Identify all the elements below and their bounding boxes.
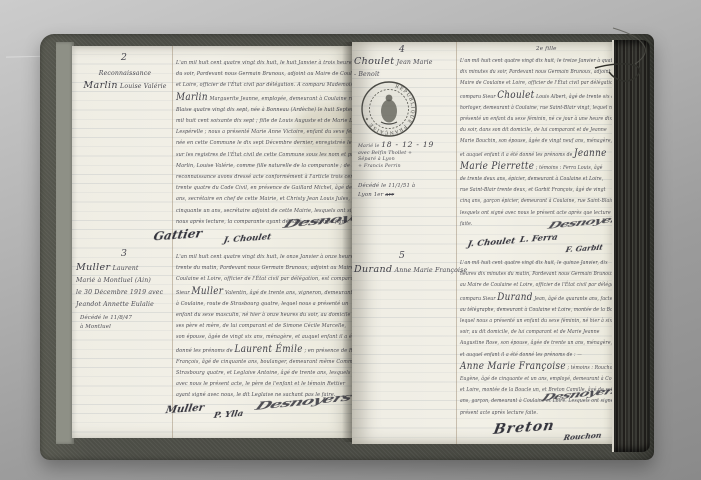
corner-note: 2e fille — [536, 46, 557, 52]
scan-background: 2 ReconnaissanceMarlin Louise Valérie L'… — [0, 0, 701, 480]
signature: F. Garbit — [565, 243, 604, 255]
signature: Muller — [165, 403, 205, 417]
signature: J. Choulet — [467, 236, 516, 249]
entry-3-body: L'an mil huit cent quatre vingt dix huit… — [176, 252, 348, 402]
signature: P. Ylla — [213, 409, 244, 421]
entry-2-margin: ReconnaissanceMarlin Louise Valérie — [76, 68, 174, 93]
signature: J. Choulet — [223, 232, 272, 245]
entry-3-death-note: Décédé le 11/8/47à Montluel — [80, 314, 174, 331]
entry-5-number: 5 — [356, 250, 448, 261]
signature: L. Ferra — [519, 233, 559, 246]
signature: Rouchon — [563, 431, 602, 443]
entry-4-number: 4 — [356, 44, 448, 55]
entry-4-margin: Choulet Jean Marie- Benoît — [354, 56, 456, 81]
entry-3-margin: Muller LaurentMarié à Montluel (Ain)le 3… — [76, 262, 174, 311]
left-page: 2 ReconnaissanceMarlin Louise Valérie L'… — [72, 46, 352, 438]
republique-francaise-stamp: RÉPUBLIQUE FRANÇAISE ✦ — [360, 80, 418, 138]
entry-2-number: 2 — [78, 52, 170, 63]
signature: Gattier — [152, 226, 203, 243]
entry-5-margin: Durand Anne Marie Françoise — [354, 264, 458, 277]
entry-4-marriage-note: Marié le 18 - 12 - 19avec Belfin Thollet… — [358, 142, 456, 170]
register-book: 2 ReconnaissanceMarlin Louise Valérie L'… — [40, 34, 654, 460]
entry-4-death-note: Décédé le 11/1/51 àLyon 1er arr — [358, 182, 456, 199]
right-page: 2e fille 4 Choulet Jean Marie- Benoît RÉ… — [352, 42, 614, 444]
wire-artifact — [575, 22, 690, 102]
margin-rule-right — [456, 42, 457, 444]
entry-3-number: 3 — [78, 248, 170, 259]
entry-2-body: L'an mil huit cent quatre vingt dix huit… — [176, 58, 348, 228]
signature: Breton — [492, 418, 556, 438]
